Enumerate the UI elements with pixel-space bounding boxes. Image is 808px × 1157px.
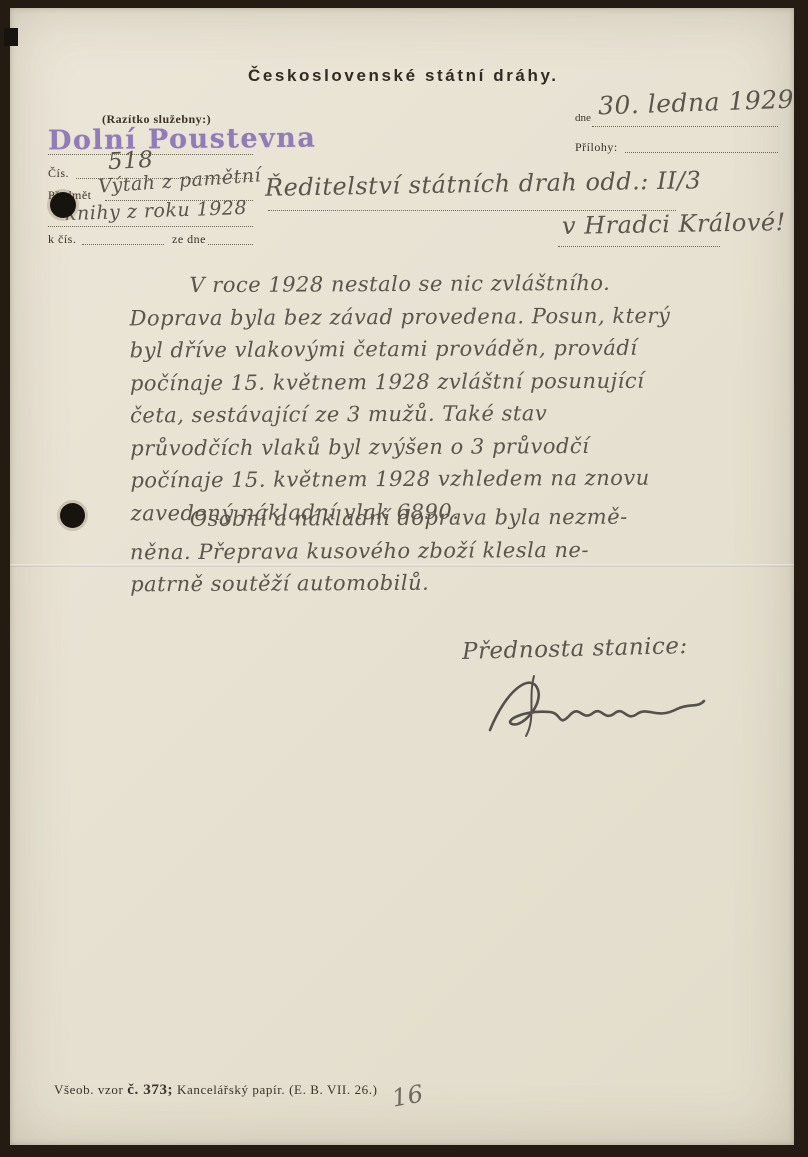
body-paragraph-2: Osobní a nákladní doprava byla nezmě- ně… xyxy=(130,501,628,601)
subject-line2-rule xyxy=(48,226,253,227)
letterhead-title: Československé státní dráhy. xyxy=(248,66,559,86)
body-line: Doprava byla bez závad provedena. Posun,… xyxy=(129,299,670,334)
body-line: byl dříve vlakovými četami prováděn, pro… xyxy=(130,332,671,367)
page-mark: 16 xyxy=(390,1079,426,1112)
ref-number-line xyxy=(82,244,164,245)
attachments-label: Přílohy: xyxy=(575,140,618,155)
ref-date-label: ze dne xyxy=(172,232,206,247)
body-line: počínaje 15. květnem 1928 vzhledem na zn… xyxy=(130,462,671,497)
subject-value-line2: knihy z roku 1928 xyxy=(65,197,248,225)
number-value: 518 xyxy=(107,147,154,175)
footer-prefix: Všeob. vzor xyxy=(54,1082,123,1097)
date-label: dne xyxy=(575,112,591,124)
date-line xyxy=(592,126,778,127)
date-value: 30. ledna 1929 xyxy=(598,85,795,121)
footer-form-number: č. 373; xyxy=(127,1082,173,1098)
punch-hole-top xyxy=(50,192,76,218)
address-line2-rule xyxy=(558,246,720,247)
punch-hole-middle xyxy=(60,503,85,528)
body-line: V roce 1928 nestalo se nic zvláštního. xyxy=(129,267,670,302)
scan-artifact xyxy=(4,28,18,46)
ref-date-line xyxy=(208,244,253,245)
address-line1: Ředitelství státních drah odd.: II/3 xyxy=(265,166,702,202)
fold-crease xyxy=(10,564,794,567)
body-line: Osobní a nákladní doprava byla nezmě- xyxy=(130,501,628,536)
number-label: Čís. xyxy=(48,166,69,181)
footer-suffix: Kancelářský papír. (E. B. VII. 26.) xyxy=(177,1082,378,1097)
signature-role: Přednosta stanice: xyxy=(462,633,688,665)
paper-sheet: Československé státní dráhy. dne 30. led… xyxy=(10,8,794,1145)
ref-number-label: k čís. xyxy=(48,232,76,247)
signature-scrawl xyxy=(462,668,712,748)
address-line2: v Hradci Králové! xyxy=(562,208,786,240)
body-paragraph-1: V roce 1928 nestalo se nic zvláštního. D… xyxy=(129,267,671,530)
station-stamp: Dolní Poustevna xyxy=(48,123,317,157)
attachments-line xyxy=(625,152,778,153)
body-line: průvodčích vlaků byl zvýšen o 3 průvodčí xyxy=(130,429,671,464)
scanned-letter: Československé státní dráhy. dne 30. led… xyxy=(0,0,808,1157)
body-line: četa, sestávající ze 3 mužů. Také stav xyxy=(130,397,671,432)
body-line: patrně soutěží automobilů. xyxy=(130,566,628,601)
footer-imprint: Všeob. vzor č. 373; Kancelářský papír. (… xyxy=(54,1082,378,1099)
body-line: počínaje 15. květnem 1928 zvláštní posun… xyxy=(130,364,671,399)
